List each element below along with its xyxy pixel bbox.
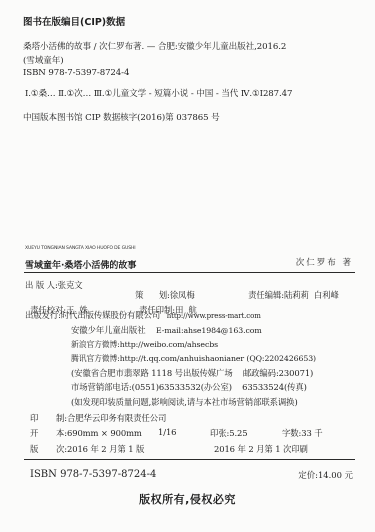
email-link[interactable]: E-mail:ahse1984@163.com xyxy=(156,326,262,335)
cip-heading: 图书在版编目(CIP)数据 xyxy=(23,14,125,28)
publisher-person-value: 张克文 xyxy=(58,280,83,290)
word-count: 字数:33 千 xyxy=(282,427,323,439)
press-line: 安徽少年儿童出版社 E-mail:ahse1984@163.com xyxy=(71,324,262,336)
price: 定价:14.00 元 xyxy=(298,469,353,481)
weibo-tencent-line[interactable]: 腾讯官方微博:http://t.qq.com/anhuishaonianer (… xyxy=(71,353,316,364)
distribution-label: 出版发行: xyxy=(25,310,61,320)
publisher-person: 出 版 人:张克文 xyxy=(25,279,83,291)
distribution-company: 时代出版传媒股份有限公司 xyxy=(61,310,160,320)
cip-series-line: (雪域童年) xyxy=(23,54,63,66)
printer-label: 印 xyxy=(30,412,38,424)
pinyin-title: XUEYU TONGNIAN SANGTA XIAO HUOFO DE GUSH… xyxy=(25,246,136,251)
title-divider xyxy=(24,272,355,273)
phone-line: 市场营销部电话:(0551)63533532(办公室) 63533524(传真) xyxy=(71,381,307,393)
copyright-notice: 版权所有,侵权必究 xyxy=(0,491,375,507)
editor-label: 责任编辑: xyxy=(248,290,284,300)
press-name: 安徽少年儿童出版社 xyxy=(71,325,145,335)
cip-classification-line: Ⅰ.①桑… Ⅱ.①次… Ⅲ.①儿童文学 - 短篇小说 - 中国 - 当代 Ⅳ.①… xyxy=(25,87,292,99)
author-credit: 次仁罗布 著 xyxy=(296,256,353,268)
footer-divider xyxy=(24,459,355,460)
cip-library-line: 中国版本图书馆 CIP 数据核字(2016)第 037865 号 xyxy=(23,111,220,123)
print-run: 2016 年 2 月第 1 次印刷 xyxy=(214,443,308,455)
editor: 责任编辑:陆莉莉 白利峰 xyxy=(243,279,339,301)
series-title: 雪域童年·桑塔小活佛的故事 xyxy=(25,258,136,271)
weibo-sina-line[interactable]: 新浪官方微博:http://weibo.com/ahsecbs xyxy=(71,339,218,350)
format-label: 开 xyxy=(30,427,38,439)
printing-sheets: 印张:5.25 xyxy=(210,427,248,439)
cip-title-line: 桑塔小活佛的故事 / 次仁罗布著. — 合肥:安徽少年儿童出版社,2016.2 xyxy=(23,40,286,52)
publisher-person-label: 出 版 人: xyxy=(25,280,58,290)
footer-isbn: ISBN 978-7-5397-8724-4 xyxy=(30,469,156,480)
editor-value: 陆莉莉 白利峰 xyxy=(284,290,339,300)
notice-line: (如发现印装质量问题,影响阅读,请与本社市场营销部联系调换) xyxy=(71,396,298,408)
format-fraction: 1/16 xyxy=(158,427,176,437)
cip-isbn-line: ISBN 978-7-5397-8724-4 xyxy=(23,68,129,78)
format-value: 本:690mm × 900mm xyxy=(56,427,142,439)
edition-value: 次:2016 年 2 月第 1 版 xyxy=(56,443,144,455)
address-line: (安徽省合肥市翡翠路 1118 号出版传媒广场 邮政编码:230071) xyxy=(71,367,313,379)
edition-label: 版 xyxy=(30,443,38,455)
company-url-link[interactable]: http://www.press-mart.com xyxy=(167,312,261,320)
distribution-line: 出版发行:时代出版传媒股份有限公司 http://www.press-mart.… xyxy=(25,309,261,321)
printer-value: 制:合肥华云印务有限责任公司 xyxy=(56,412,166,424)
